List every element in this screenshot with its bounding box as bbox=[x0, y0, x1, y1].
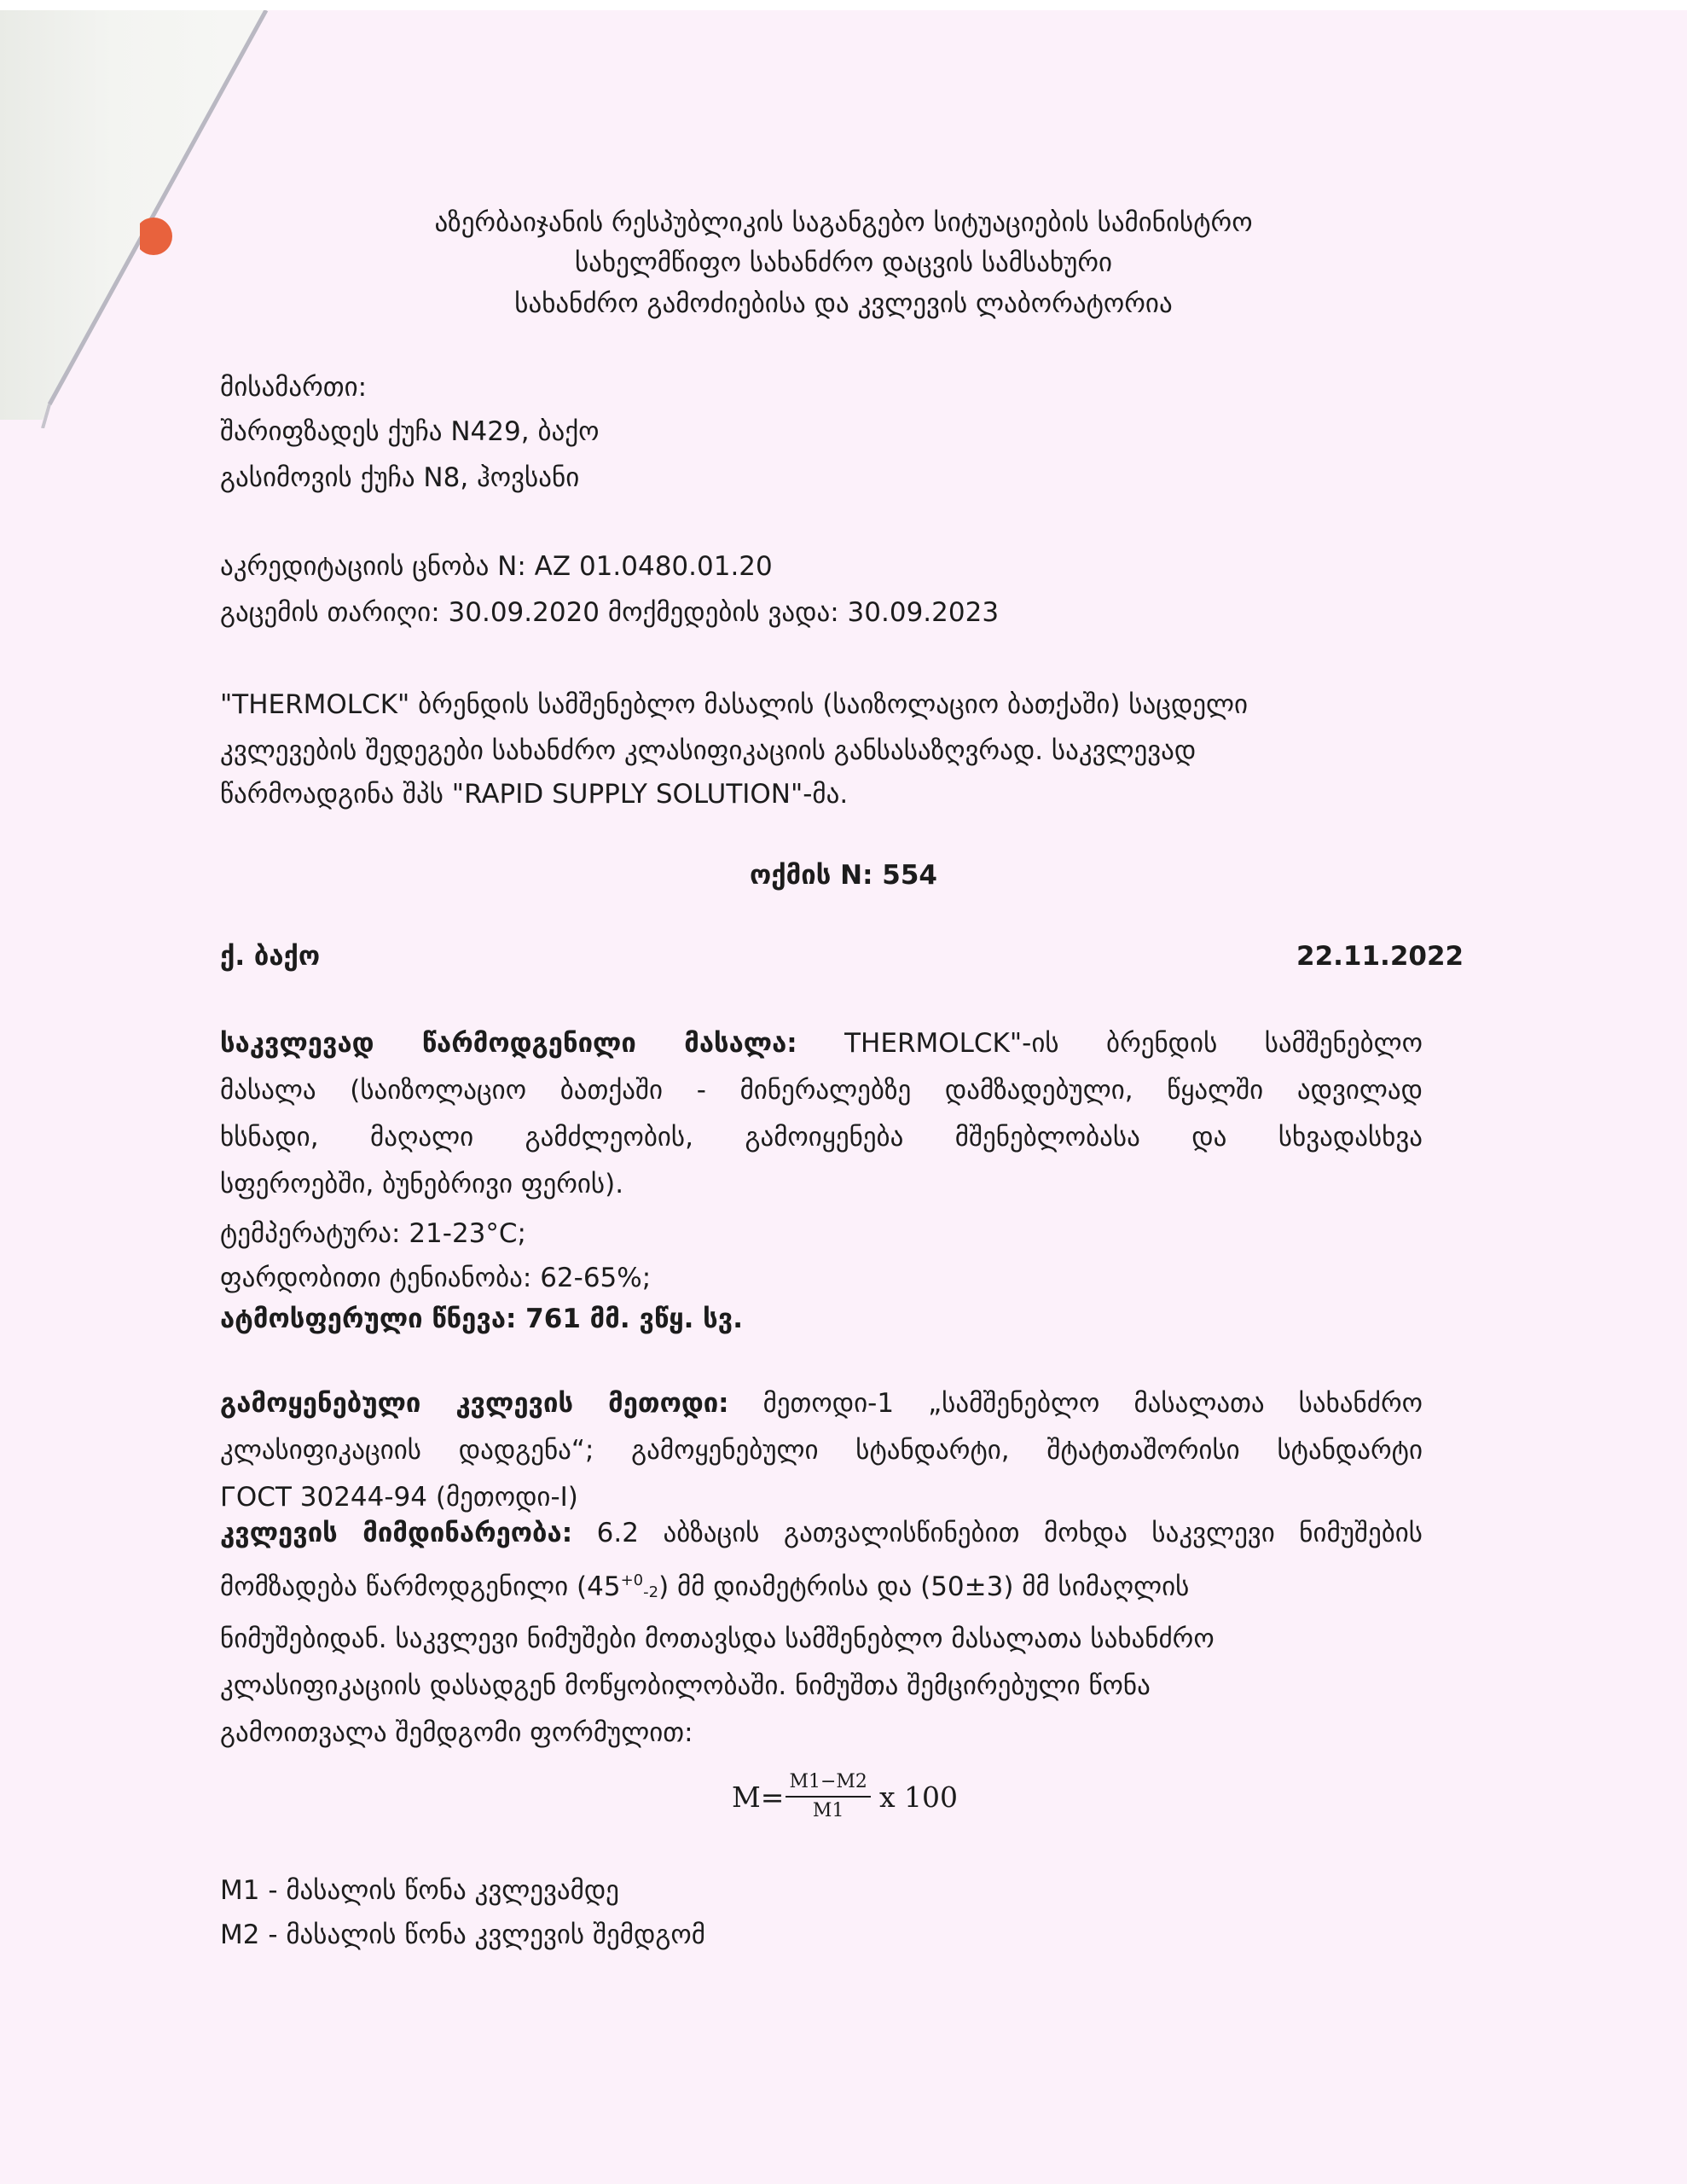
material-line-1: საკვლევად წარმოდგენილი მასალა: THERMOLCK… bbox=[220, 1020, 1423, 1067]
procedure-line-2: მომზადება წარმოდგენილი (45+0-2) მმ დიამე… bbox=[220, 1557, 1423, 1616]
formula-rhs: x 100 bbox=[879, 1780, 958, 1814]
legend-m1: M1 - მასალის წონა კვლევამდე bbox=[220, 1868, 619, 1913]
material-paragraph: საკვლევად წარმოდგენილი მასალა: THERMOLCK… bbox=[220, 1020, 1423, 1208]
procedure-label: კვლევის მიმდინარეობა: bbox=[220, 1518, 572, 1548]
act-date: 22.11.2022 bbox=[1296, 934, 1423, 979]
act-city: ქ. ბაქო bbox=[220, 934, 320, 979]
weight-loss-formula: M= M1−M2 M1 x 100 bbox=[732, 1770, 958, 1823]
intro-line-2: კვლევების შედეგები სახანძრო კლასიფიკაციი… bbox=[220, 729, 1196, 773]
condition-pressure: ატმოსფერული წნევა: 761 მმ. ვწყ. სვ. bbox=[220, 1297, 743, 1341]
tolerance-upper: +0 bbox=[621, 1571, 644, 1589]
method-text-1: მეთოდი-1 „სამშენებლო მასალათა სახანძრო bbox=[763, 1388, 1423, 1419]
tolerance-lower: -2 bbox=[643, 1583, 658, 1601]
material-label: საკვლევად წარმოდგენილი მასალა: bbox=[220, 1028, 797, 1059]
header-service: სახელმწიფო სახანძრო დაცვის სამსახური bbox=[0, 242, 1687, 283]
intro-line-1: "THERMOLCK" ბრენდის სამშენებლო მასალის (… bbox=[220, 682, 1248, 727]
address-line-2: გასიმოვის ქუჩა N8, ჰოვსანი bbox=[220, 456, 579, 500]
material-line-3: ხსნადი, მაღალი გამძლეობის, გამოიყენება მ… bbox=[220, 1114, 1423, 1161]
procedure-line-5: გამოითვალა შემდგომი ფორმულით: bbox=[220, 1710, 1423, 1757]
formula-numerator: M1−M2 bbox=[786, 1770, 870, 1798]
condition-temperature: ტემპერატურა: 21-23°C; bbox=[220, 1211, 526, 1256]
issue-date: 30.09.2020 bbox=[449, 597, 600, 628]
formula-fraction: M1−M2 M1 bbox=[786, 1770, 870, 1823]
issue-label: გაცემის თარიღი: bbox=[220, 597, 440, 628]
act-title: ოქმის N: 554 bbox=[0, 853, 1687, 897]
procedure-line-3: ნიმუშებიდან. საკვლევი ნიმუშები მოთავსდა … bbox=[220, 1616, 1423, 1663]
method-line-1: გამოყენებული კვლევის მეთოდი: მეთოდი-1 „ს… bbox=[220, 1380, 1423, 1427]
material-line-4: სფეროებში, ბუნებრივი ფერის). bbox=[220, 1161, 1423, 1208]
formula-lhs: M= bbox=[732, 1780, 784, 1814]
procedure-paragraph: კვლევის მიმდინარეობა: 6.2 აბზაცის გათვალ… bbox=[220, 1510, 1423, 1757]
intro-line-3: წარმოადგინა შპს "RAPID SUPPLY SOLUTION"-… bbox=[220, 772, 848, 816]
material-text-1: THERMOLCK"-ის ბრენდის სამშენებლო bbox=[844, 1028, 1423, 1059]
condition-humidity: ფარდობითი ტენიანობა: 62-65%; bbox=[220, 1256, 651, 1300]
formula-denominator: M1 bbox=[813, 1798, 844, 1823]
accreditation-dates: გაცემის თარიღი: 30.09.2020 მოქმედების ვა… bbox=[220, 590, 999, 635]
material-line-2: მასალა (საიზოლაციო ბათქაში - მინერალებზე… bbox=[220, 1067, 1423, 1114]
procedure-line-4: კლასიფიკაციის დასადგენ მოწყობილობაში. ნი… bbox=[220, 1663, 1423, 1710]
validity-date: 30.09.2023 bbox=[848, 597, 1000, 628]
method-label: გამოყენებული კვლევის მეთოდი: bbox=[220, 1388, 729, 1419]
header-ministry: აზერბაიჯანის რესპუბლიკის საგანგებო სიტუა… bbox=[0, 202, 1687, 243]
method-paragraph: გამოყენებული კვლევის მეთოდი: მეთოდი-1 „ს… bbox=[220, 1380, 1423, 1521]
procedure-text-1: 6.2 აბზაცის გათვალისწინებით მოხდა საკვლე… bbox=[597, 1518, 1423, 1548]
header-laboratory: სახანძრო გამოძიებისა და კვლევის ლაბორატო… bbox=[0, 283, 1687, 324]
procedure-line-1: კვლევის მიმდინარეობა: 6.2 აბზაცის გათვალ… bbox=[220, 1510, 1423, 1557]
address-line-1: შარიფზადეს ქუჩა N429, ბაქო bbox=[220, 409, 600, 454]
procedure-line-2-post: ) მმ დიამეტრისა და (50±3) მმ სიმაღლის bbox=[658, 1571, 1189, 1602]
address-label: მისამართი: bbox=[220, 365, 367, 409]
legend-m2: M2 - მასალის წონა კვლევის შემდგომ bbox=[220, 1913, 705, 1957]
validity-label: მოქმედების ვადა: bbox=[608, 597, 839, 628]
accreditation-certificate: აკრედიტაციის ცნობა N: AZ 01.0480.01.20 bbox=[220, 544, 773, 589]
method-line-2: კლასიფიკაციის დადგენა“; გამოყენებული სტა… bbox=[220, 1427, 1423, 1474]
procedure-line-2-pre: მომზადება წარმოდგენილი (45 bbox=[220, 1571, 621, 1602]
